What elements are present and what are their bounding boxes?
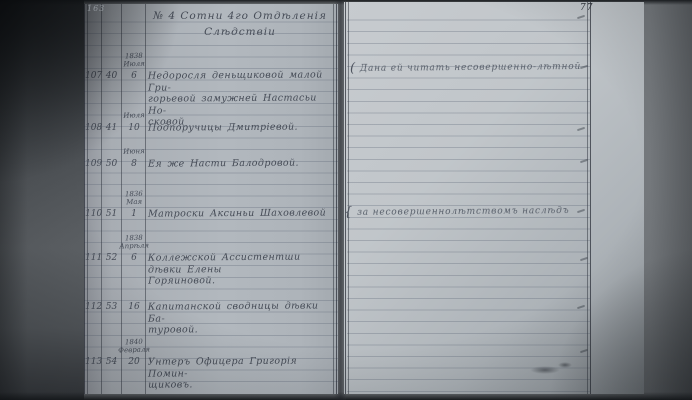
entry-text-line: Ея же Насти Балодровой. [148, 157, 336, 170]
row-entry-text: Капитанской сводницы дѣвки Ба- туровой. [148, 300, 336, 336]
row-date-month: 1838 Июля [118, 52, 151, 68]
entry-text-line: горьевой замужней Настасьи Но- [148, 93, 336, 117]
row-date-day: 10 [122, 123, 146, 133]
page-header-line1: № 4 Сотни 4го Отдѣленія [142, 10, 338, 22]
column-rule [333, 4, 334, 394]
row-date-day: 6 [122, 253, 146, 263]
column-rule [348, 2, 349, 394]
row-date-month: 1836 Мая [118, 190, 151, 206]
page-number: 77 [580, 3, 593, 13]
margin-annotation: {за несовершеннолѣтствомъ наслѣдъ [344, 203, 570, 220]
left-page: 163 № 4 Сотни 4го Отдѣленія Слѣдствіи 18… [84, 4, 338, 394]
row-entry-text: Матроски Аксиньи Шаховлевой [148, 207, 336, 220]
corner-label: 163 [87, 4, 105, 13]
column-rule [587, 2, 588, 394]
row-entry-text: Недоросля деньщиковой малой Гри- горьево… [148, 69, 336, 128]
ledger-photo: 163 № 4 Сотни 4го Отдѣленія Слѣдствіи 18… [0, 0, 692, 400]
entry-text-line: Капитанской сводницы дѣвки Ба- [148, 300, 336, 324]
row-entry-number: 108 [85, 123, 101, 133]
row-date-day: 8 [122, 159, 146, 169]
column-rule [336, 4, 337, 394]
row-date-day: 20 [122, 357, 146, 367]
row-entry-text: Унтеръ Офицера Григорія Помин- щиковъ. [148, 355, 336, 391]
row-entry-text: Коллежской Ассистентши дѣвки Елены Горяи… [148, 251, 336, 287]
column-rule [101, 4, 102, 394]
column-rule [345, 2, 346, 394]
row-entry-text: Ея же Насти Балодровой. [148, 157, 336, 170]
annotation-text: за несовершеннолѣтствомъ наслѣдъ [357, 206, 569, 218]
photo-left-dark-margin [0, 0, 84, 400]
row-date-month: Июля [118, 112, 150, 121]
annotation-brace: { [344, 205, 353, 220]
row-entry-number: 107 [85, 71, 101, 81]
entry-text-line: туровой. [148, 324, 336, 337]
ink-smudge [558, 362, 572, 368]
row-sub-number: 54 [102, 357, 121, 367]
row-entry-text: Подпоручицы Дмитріевой. [148, 121, 336, 134]
entry-text-line: Подпоручицы Дмитріевой. [148, 121, 336, 134]
entry-text-line: Матроски Аксиньи Шаховлевой [148, 207, 336, 220]
right-page: 77 (Дана ей читать несовершенно-лѣтной {… [344, 2, 644, 394]
entry-text-line: Недоросля деньщиковой малой Гри- [148, 69, 336, 93]
entry-text-line: Горяиновой. [148, 275, 336, 288]
row-entry-number: 110 [85, 209, 101, 219]
row-entry-number: 109 [85, 159, 101, 169]
column-rule [590, 2, 591, 394]
row-sub-number: 41 [102, 123, 121, 133]
row-date-month: Июня [118, 148, 150, 157]
row-date-month: 1840 Февраля [118, 338, 151, 354]
row-date-day: 1 [122, 209, 146, 219]
column-rule [84, 4, 85, 394]
row-entry-number: 112 [85, 302, 101, 312]
row-sub-number: 50 [102, 159, 121, 169]
row-date-day: 6 [122, 71, 146, 81]
row-sub-number: 53 [102, 302, 121, 312]
annotation-brace: ( [350, 61, 356, 76]
row-entry-number: 111 [85, 253, 101, 263]
entry-text-line: щиковъ. [148, 379, 336, 392]
column-rule [87, 4, 88, 394]
row-sub-number: 51 [102, 209, 121, 219]
entry-text-line: Коллежской Ассистентши дѣвки Елены [148, 251, 336, 275]
row-date-day: 16 [122, 302, 146, 312]
margin-annotation: (Дана ей читать несовершенно-лѣтной [350, 59, 581, 76]
entry-text-line: Унтеръ Офицера Григорія Помин- [148, 355, 336, 379]
row-entry-number: 113 [85, 357, 101, 367]
row-sub-number: 52 [102, 253, 121, 263]
annotation-text: Дана ей читать несовершенно-лѣтной [360, 62, 581, 74]
page-header-line2: Слѣдствіи [142, 26, 338, 38]
row-sub-number: 40 [102, 71, 121, 81]
row-date-month: 1838 Апрѣля [118, 234, 151, 250]
ink-smudge [530, 366, 560, 374]
